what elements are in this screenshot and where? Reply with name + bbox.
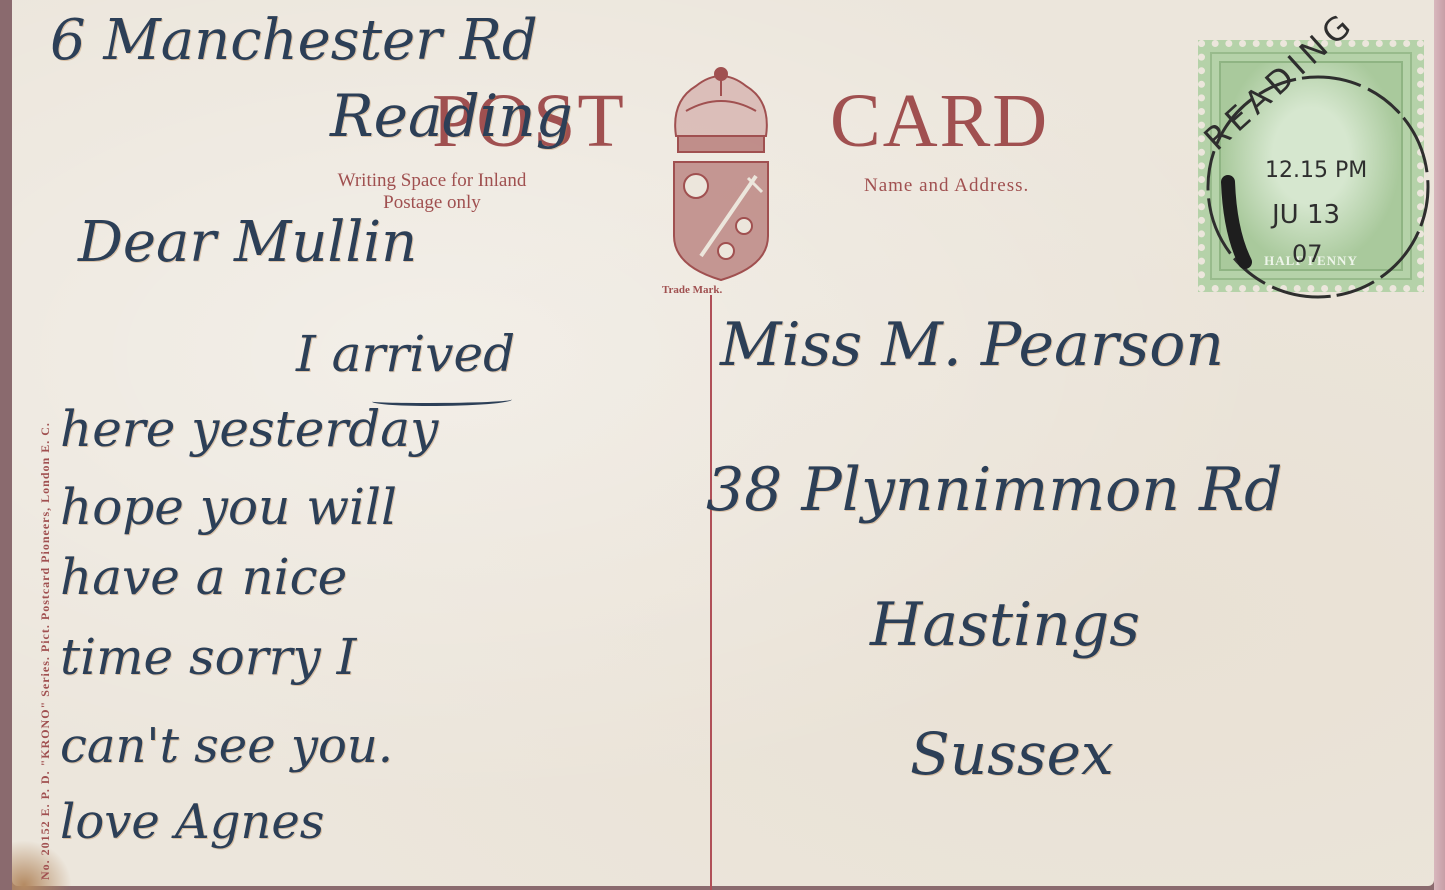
message-line: hope you will: [60, 478, 397, 536]
message-greeting: Dear Mullin: [78, 210, 417, 275]
recipient-town: Hastings: [870, 590, 1140, 660]
message-line: here yesterday: [60, 400, 438, 458]
message-signature: love Agnes: [60, 794, 324, 850]
message-line: time sorry I: [60, 628, 356, 686]
return-address-line1: 6 Manchester Rd: [50, 8, 538, 73]
recipient-name: Miss M. Pearson: [720, 310, 1224, 380]
trade-mark-label: Trade Mark.: [662, 284, 722, 296]
message-line: have a nice: [60, 548, 347, 606]
postmark-date: JU 13: [1272, 200, 1340, 230]
publisher-imprint: No. 20152 E. P. D. "KRONO" Series. Pict.…: [38, 422, 53, 880]
card-title: CARD: [830, 78, 1049, 165]
message-line: I arrived: [296, 325, 515, 383]
crown-shield-crest-icon: [666, 66, 776, 284]
name-address-caption: Name and Address.: [864, 175, 1029, 197]
center-divider-line: [710, 295, 712, 890]
return-address-line2: Reading: [330, 82, 573, 150]
postmark-time: 12.15 PM: [1265, 158, 1367, 183]
postmark-year: 07: [1292, 240, 1323, 268]
writing-space-line1: Writing Space for Inland: [287, 170, 577, 192]
message-line: can't see you.: [60, 718, 393, 774]
writing-space-caption: Writing Space for Inland Postage only: [287, 170, 577, 214]
recipient-street: 38 Plynnimmon Rd: [706, 455, 1283, 525]
recipient-county: Sussex: [910, 720, 1114, 788]
